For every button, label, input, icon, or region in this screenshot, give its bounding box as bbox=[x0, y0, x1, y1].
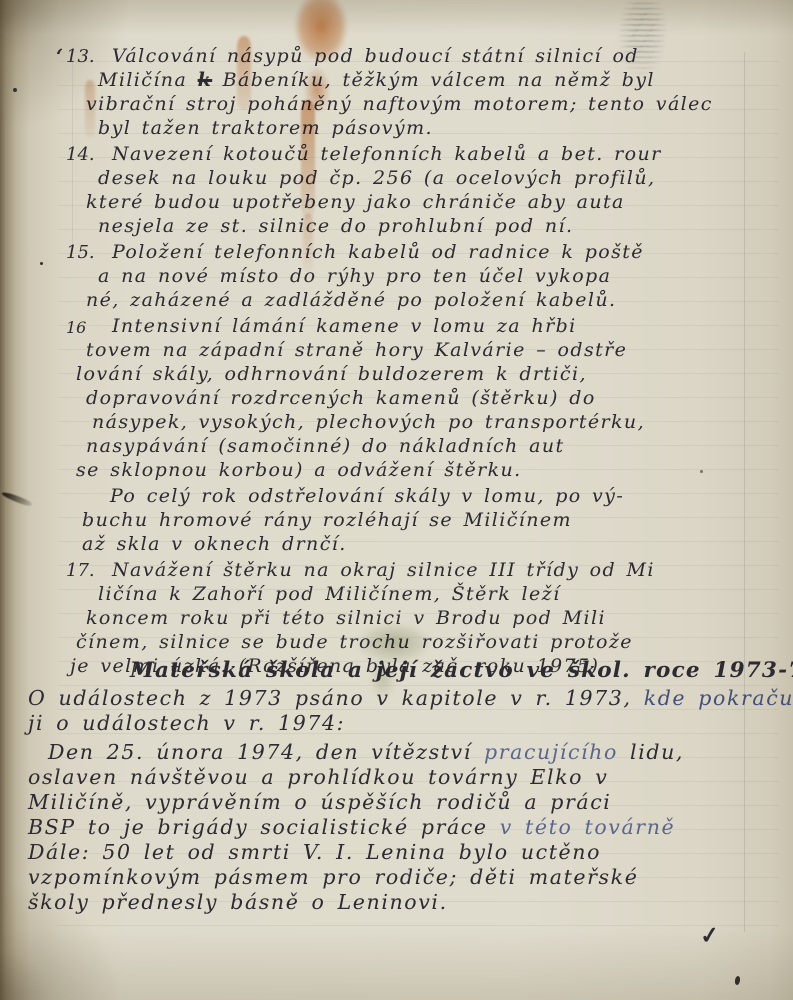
handwritten-line: které budou upotřebeny jako chrániče aby… bbox=[86, 190, 780, 214]
line-text: Bábeníku, těžkým válcem na němž byl bbox=[212, 69, 655, 91]
line-text: buchu hromové rány rozléhají se Miličíne… bbox=[82, 509, 572, 531]
line-text: čínem, silnice se bude trochu rozšiřovat… bbox=[76, 631, 633, 653]
ink-speck bbox=[13, 88, 17, 92]
handwritten-line: Navezení kotoučů telefonních kabelů a be… bbox=[112, 142, 780, 166]
entry-number: 13. bbox=[66, 45, 95, 69]
quarry-note-paragraph: Po celý rok odstřelování skály v lomu, p… bbox=[96, 484, 780, 556]
handwritten-line: nesjela ze st. silnice do prohlubní pod … bbox=[98, 214, 780, 238]
handwritten-line: né, zaházené a zadlážděné po položení ka… bbox=[86, 288, 780, 312]
handwritten-line: čínem, silnice se bude trochu rozšiřovat… bbox=[76, 630, 780, 654]
handwritten-line: vibrační stroj poháněný naftovým motorem… bbox=[86, 92, 780, 116]
numbered-entries: 13. Válcování násypů pod budoucí státní … bbox=[112, 44, 780, 680]
line-text: dopravování rozdrcených kamenů (štěrku) … bbox=[86, 387, 596, 409]
handwritten-line: Den 25. února 1974, den vítězství pracuj… bbox=[28, 740, 780, 765]
line-text: Intensivní lámání kamene v lomu za hřbi bbox=[112, 315, 577, 337]
line-text: ličína k Zahoří pod Miličínem, Štěrk lež… bbox=[98, 583, 561, 605]
handwritten-line: Miličíně, vyprávěním o úspěších rodičů a… bbox=[28, 790, 780, 815]
handwritten-line: ji o událostech v r. 1974: bbox=[28, 711, 780, 736]
handwritten-line: lování skály, odhrnování buldozerem k dr… bbox=[76, 362, 780, 386]
entry-15: 15. Položení telefonních kabelů od radni… bbox=[112, 240, 780, 312]
handwritten-line: desek na louku pod čp. 256 (a ocelových … bbox=[98, 166, 780, 190]
line-text: a na nové místo do rýhy pro ten účel vyk… bbox=[98, 265, 611, 287]
line-text: nasypávání (samočinné) do nákladních aut bbox=[86, 435, 565, 457]
handwritten-line: Miličína k Bábeníku, těžkým válcem na ně… bbox=[98, 68, 780, 92]
handwritten-line: školy přednesly básně o Leninovi. bbox=[28, 890, 780, 915]
handwritten-line: ličína k Zahoří pod Miličínem, Štěrk lež… bbox=[98, 582, 780, 606]
handwritten-line: BSP to je brigády socialistické práce v … bbox=[28, 815, 780, 840]
line-text: Navážení štěrku na okraj silnice III tří… bbox=[112, 559, 655, 581]
line-text: lidu, bbox=[618, 740, 684, 764]
line-text: se sklopnou korbou) a odvážení štěrku. bbox=[76, 459, 522, 481]
blue-ink-text: kde pokraču- bbox=[644, 686, 793, 710]
handwritten-line: koncem roku při této silnici v Brodu pod… bbox=[86, 606, 780, 630]
line-text: vibrační stroj poháněný naftovým motorem… bbox=[86, 93, 713, 115]
handwritten-line: Intensivní lámání kamene v lomu za hřbi bbox=[112, 314, 780, 338]
line-text: Válcování násypů pod budoucí státní siln… bbox=[112, 45, 639, 67]
line-text: Navezení kotoučů telefonních kabelů a be… bbox=[112, 143, 662, 165]
ink-speck bbox=[734, 976, 740, 986]
handwritten-line: oslaven návštěvou a prohlídkou továrny E… bbox=[28, 765, 780, 790]
line-text: až skla v oknech drnčí. bbox=[82, 533, 347, 555]
line-text: Po celý rok odstřelování skály v lomu, p… bbox=[110, 485, 624, 507]
handwritten-line: dopravování rozdrcených kamenů (štěrku) … bbox=[86, 386, 780, 410]
handwritten-line: tovem na západní straně hory Kalvárie – … bbox=[86, 338, 780, 362]
handwritten-line: Dále: 50 let od smrti V. I. Lenina bylo … bbox=[28, 840, 780, 865]
handwritten-line: byl tažen traktorem pásovým. bbox=[98, 116, 780, 140]
checkmark-annotation: ✓ bbox=[699, 921, 721, 950]
line-text: Položení telefonních kabelů od radnice k… bbox=[112, 241, 644, 263]
line-text: lování skály, odhrnování buldozerem k dr… bbox=[76, 363, 587, 385]
line-text: né, zaházené a zadlážděné po položení ka… bbox=[86, 289, 616, 311]
line-text: Dále: 50 let od smrti V. I. Lenina bylo … bbox=[28, 840, 601, 864]
handwritten-line: O událostech z 1973 psáno v kapitole v r… bbox=[28, 686, 780, 711]
chronicle-page: ʻ 13. Válcování násypů pod budoucí státn… bbox=[0, 0, 793, 1000]
handwritten-line: Navážení štěrku na okraj silnice III tří… bbox=[112, 558, 780, 582]
handwritten-line: se sklopnou korbou) a odvážení štěrku. bbox=[76, 458, 780, 482]
handwritten-line: a na nové místo do rýhy pro ten účel vyk… bbox=[98, 264, 780, 288]
line-text: koncem roku při této silnici v Brodu pod… bbox=[86, 607, 606, 629]
school-section: Mateřská škola a její žactvo ve škol. ro… bbox=[28, 658, 780, 915]
blue-ink-text: v této továrně bbox=[500, 815, 675, 839]
blue-ink-text: pracujícího bbox=[484, 740, 618, 764]
school-heading: Mateřská škola a její žactvo ve škol. ro… bbox=[130, 658, 780, 683]
handwritten-line: vzpomínkovým pásmem pro rodiče; děti mat… bbox=[28, 865, 780, 890]
line-text: nesjela ze st. silnice do prohlubní pod … bbox=[98, 215, 573, 237]
entry-number: 15. bbox=[66, 241, 95, 265]
line-text: desek na louku pod čp. 256 (a ocelových … bbox=[98, 167, 655, 189]
line-text: ji o událostech v r. 1974: bbox=[28, 711, 345, 735]
handwritten-line: až skla v oknech drnčí. bbox=[82, 532, 780, 556]
line-text: vzpomínkovým pásmem pro rodiče; děti mat… bbox=[28, 865, 638, 889]
line-text: BSP to je brigády socialistické práce bbox=[28, 815, 500, 839]
line-text: O událostech z 1973 psáno v kapitole v r… bbox=[28, 686, 644, 710]
line-text: Miličína bbox=[98, 69, 198, 91]
entry-14: 14. Navezení kotoučů telefonních kabelů … bbox=[112, 142, 780, 238]
pen-tick-mark: ʻ bbox=[56, 44, 63, 68]
line-text: které budou upotřebeny jako chrániče aby… bbox=[86, 191, 625, 213]
line-text: Mateřská škola a její žactvo ve škol. ro… bbox=[130, 658, 793, 683]
events-1974-paragraph: Den 25. února 1974, den vítězství pracuj… bbox=[28, 740, 780, 915]
line-text: Miličíně, vyprávěním o úspěších rodičů a… bbox=[28, 790, 611, 814]
handwritten-line: Válcování násypů pod budoucí státní siln… bbox=[112, 44, 780, 68]
line-text: školy přednesly básně o Leninovi. bbox=[28, 890, 448, 914]
entry-number: 17. bbox=[66, 559, 95, 583]
handwritten-line: násypek, vysokých, plechových po transpo… bbox=[92, 410, 780, 434]
line-text: tovem na západní straně hory Kalvárie – … bbox=[86, 339, 627, 361]
handwritten-line: Položení telefonních kabelů od radnice k… bbox=[112, 240, 780, 264]
struck-word: k bbox=[198, 69, 213, 91]
ink-speck bbox=[40, 262, 43, 265]
line-text: násypek, vysokých, plechových po transpo… bbox=[92, 411, 645, 433]
entry-16: 16 Intensivní lámání kamene v lomu za hř… bbox=[112, 314, 780, 482]
line-text: byl tažen traktorem pásovým. bbox=[98, 117, 433, 139]
handwritten-line: Po celý rok odstřelování skály v lomu, p… bbox=[96, 484, 780, 508]
line-text: Den 25. února 1974, den vítězství bbox=[48, 740, 484, 764]
entry-number: 16 bbox=[66, 316, 86, 340]
entry-13: 13. Válcování násypů pod budoucí státní … bbox=[112, 44, 780, 140]
handwritten-line: nasypávání (samočinné) do nákladních aut bbox=[86, 434, 780, 458]
entry-number: 14. bbox=[66, 143, 95, 167]
line-text: oslaven návštěvou a prohlídkou továrny E… bbox=[28, 765, 608, 789]
pen-smear bbox=[1, 490, 33, 508]
handwritten-line: buchu hromové rány rozléhají se Miličíne… bbox=[82, 508, 780, 532]
ink-speck bbox=[700, 470, 703, 473]
